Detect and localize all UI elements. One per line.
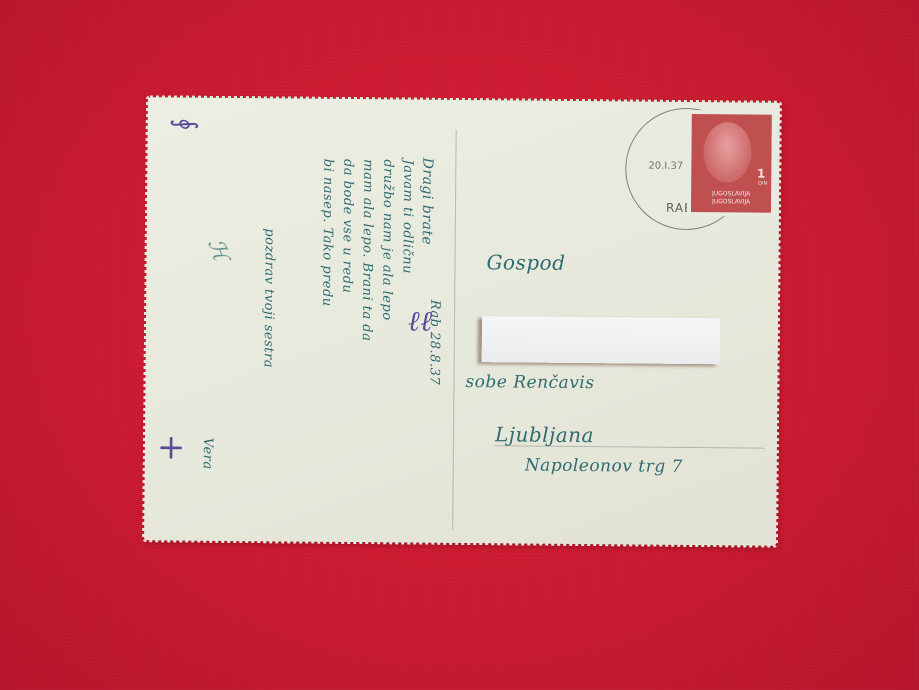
address-line2: sobe Renčavis: [465, 372, 594, 393]
stamp-country-line: JUGOSLAVIJA: [691, 198, 771, 207]
address-salutation: Gospod: [486, 250, 565, 275]
message-line: da bode vse u redu: [339, 159, 355, 294]
message-line: Javam ti odličnu: [399, 159, 415, 274]
signature-text: Vera: [200, 438, 215, 470]
postmark-date: 20.I.37: [648, 161, 683, 172]
purple-cross-mark: +: [157, 427, 186, 467]
message-line: mam ala lepo. Brani ta da: [359, 159, 376, 341]
stamp-portrait-icon: [703, 122, 752, 182]
redaction-strip: [482, 316, 720, 364]
purple-scribble-signature: ∮: [168, 111, 201, 134]
postcard: Dragi brate Javam ti odličnu družbo nam …: [144, 97, 780, 545]
address-street: Napoleonov trg 7: [525, 456, 683, 477]
address-city: Ljubljana: [495, 422, 594, 447]
purple-initials-mark: ℓℓ: [408, 305, 433, 339]
greeting-text: Dragi brate: [419, 158, 436, 246]
message-line: pozdrav tvoji sestra: [261, 228, 277, 368]
postcard-divider-line: [452, 130, 456, 530]
message-line: bi nasep. Tako predu: [319, 159, 335, 307]
signature-scribble: ℋ: [202, 236, 233, 265]
stamp-currency: DIN: [758, 181, 767, 187]
message-line: družbo nam je ala lepo: [379, 159, 395, 320]
stamp-value: 1: [757, 167, 765, 181]
postage-stamp: 1 DIN JUGOSLAVIJA JUGOSLAVIJA: [687, 110, 776, 217]
